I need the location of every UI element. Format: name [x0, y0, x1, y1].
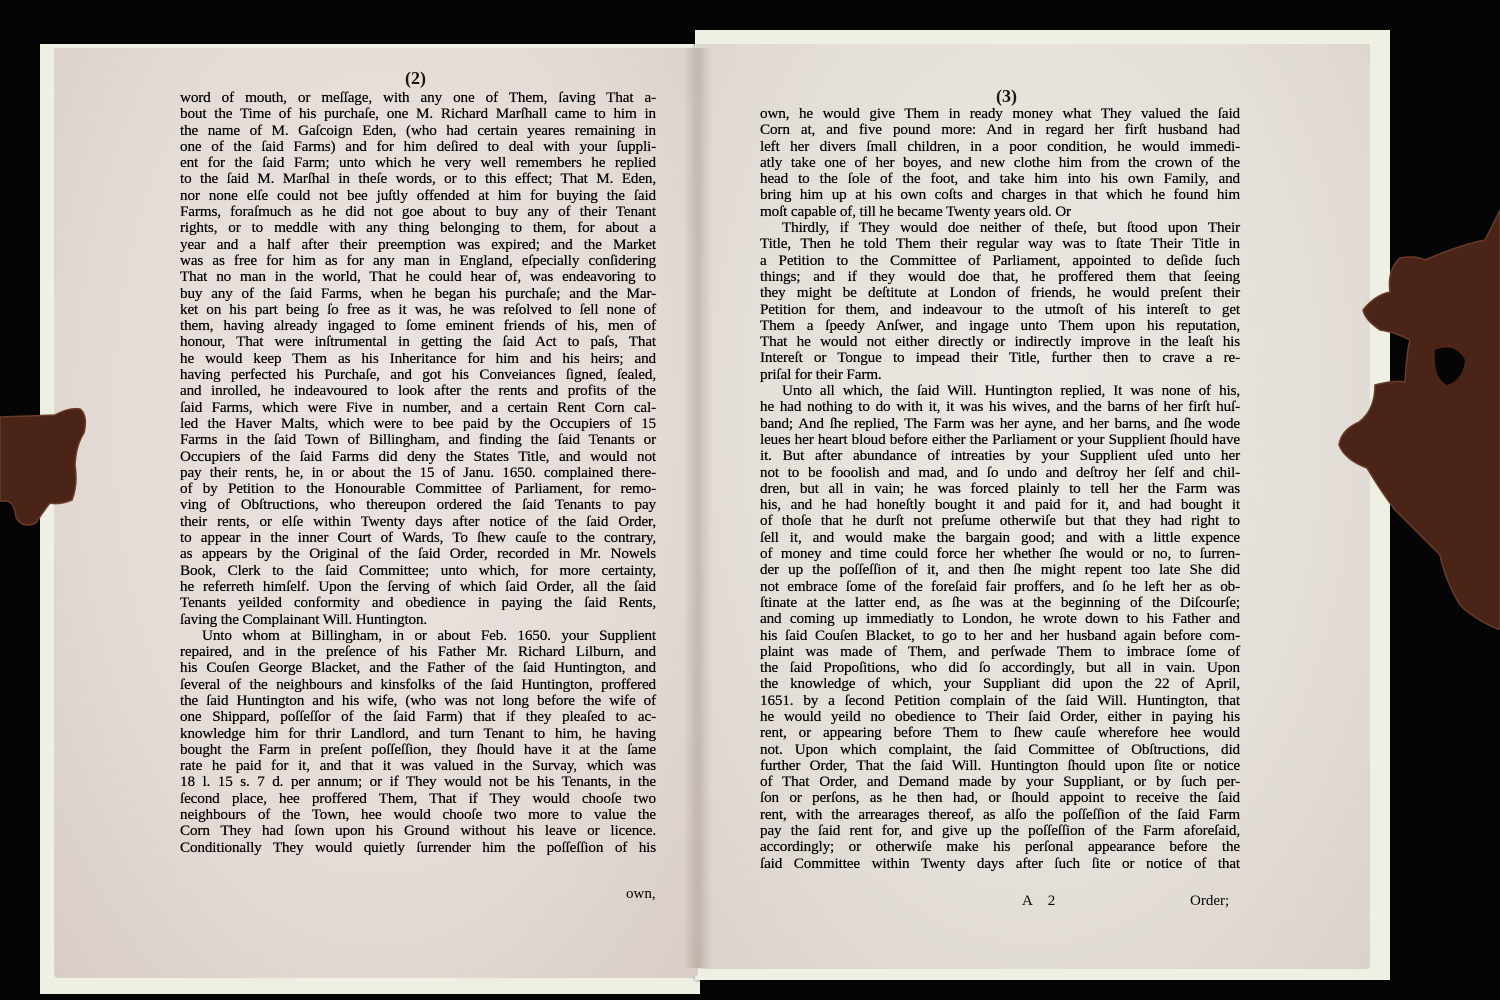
text-line: Intereſt or Tongue to impead their Title…: [760, 350, 1240, 366]
text-line: led the Haver Malts, which were to bee p…: [180, 416, 656, 432]
text-line: Unto all which, the ſaid Will. Huntingto…: [760, 383, 1240, 399]
text-line: ſtinate at the latter end, as ſhe was at…: [760, 595, 1240, 611]
left-page-text: word of mouth, or meſſage, with any one …: [180, 90, 656, 856]
text-line: ving of Obſtructions, who thereupon orde…: [180, 497, 656, 513]
left-copper-clip: [0, 405, 95, 535]
text-line: moſt capable of, till he became Twenty y…: [760, 204, 1240, 220]
text-line: buy any of the ſaid Farms, when he began…: [180, 286, 656, 302]
text-line: pay their rents, he, in or about the 15 …: [180, 465, 656, 481]
text-line: accordingly; or otherwiſe make his perſo…: [760, 839, 1240, 855]
text-line: ſon or perſons, as he then had, or ſhoul…: [760, 790, 1240, 806]
text-line: one of the ſaid Farms) and for him deſir…: [180, 139, 656, 155]
text-line: ſaid Farms, which were Five in number, a…: [180, 400, 656, 416]
text-line: bout the Time of his purchaſe, one M. Ri…: [180, 106, 656, 122]
text-line: rent, or appearing before Them to ſhew c…: [760, 725, 1240, 741]
catchword-right: Order;: [1190, 893, 1229, 910]
text-line: knowledge him for thrir Landlord, and tu…: [180, 726, 656, 742]
text-line: it. But after abundance of intreaties by…: [760, 448, 1240, 464]
text-line: 1651. by a ſecond Petition complain of t…: [760, 693, 1240, 709]
text-line: der up the poſſeſſion of it, and then ſh…: [760, 562, 1240, 578]
text-line: priſal for their Farm.: [760, 367, 1240, 383]
right-copper-clip: [1335, 210, 1500, 630]
text-line: Title, Then he told Them their regular w…: [760, 236, 1240, 252]
text-line: one Shippard, poſſeſſor of the ſaid Farm…: [180, 709, 656, 725]
signature-mark: A 2: [1022, 893, 1061, 910]
text-line: further Order, That the ſaid Will. Hunti…: [760, 758, 1240, 774]
text-line: dren, but all in vain; he was forced pla…: [760, 481, 1240, 497]
text-line: as appears by the Original of the ſaid O…: [180, 546, 656, 562]
text-line: repaired, and in the preſence of his Fat…: [180, 644, 656, 660]
text-line: word of mouth, or meſſage, with any one …: [180, 90, 656, 106]
text-line: ſaid Committee within Twenty days after …: [760, 856, 1240, 872]
text-line: atly take one of her boyes, and new clot…: [760, 155, 1240, 171]
text-line: and coming up immediatly to London, he w…: [760, 611, 1240, 627]
text-line: Them a ſpeedy Anſwer, and ingage unto Th…: [760, 318, 1240, 334]
text-line: own, he would give Them in ready money w…: [760, 106, 1240, 122]
text-line: That he would not either directly or ind…: [760, 334, 1240, 350]
text-line: of by Petition to the Honourable Committ…: [180, 481, 656, 497]
text-line: Conditionally They would quietly ſurrend…: [180, 840, 656, 856]
text-line: Corn at, and five pound more: And in reg…: [760, 122, 1240, 138]
text-line: of thoſe that he durſt not preſume other…: [760, 513, 1240, 529]
text-line: of That Order, and Demand made by your S…: [760, 774, 1240, 790]
text-line: having perfected his Purchaſe, and got h…: [180, 367, 656, 383]
text-line: to the ſaid M. Marſhal in theſe words, o…: [180, 171, 656, 187]
text-line: not. Upon which complaint, the ſaid Comm…: [760, 742, 1240, 758]
text-line: the name of M. Gaſcoign Eden, (who had c…: [180, 123, 656, 139]
page-number-left: (2): [405, 68, 426, 89]
text-line: Book, Clerk to the ſaid Committee; unto …: [180, 563, 656, 579]
text-line: pay the ſaid rent for, and give up the p…: [760, 823, 1240, 839]
text-line: ſecond place, hee proffered Them, That i…: [180, 791, 656, 807]
text-line: of money and time could force her whethe…: [760, 546, 1240, 562]
text-line: rate he paid for it, and that it was val…: [180, 758, 656, 774]
text-line: Petition for them, and indeavour to the …: [760, 302, 1240, 318]
text-line: to appear in the inner Court of Wards, T…: [180, 530, 656, 546]
gutter-shadow: [684, 48, 712, 968]
text-line: not to be fooolish and mad, and ſo undo …: [760, 465, 1240, 481]
text-line: Farms in the ſaid Town of Billingham, an…: [180, 432, 656, 448]
text-line: ket on his part being ſo free as it was,…: [180, 302, 656, 318]
text-line: the knowledge of which, your Suppliant d…: [760, 676, 1240, 692]
text-line: things; and if they would doe that, he p…: [760, 269, 1240, 285]
text-line: Farms, foraſmuch as he did not goe about…: [180, 204, 656, 220]
text-line: band; And ſhe replied, The Farm was her …: [760, 416, 1240, 432]
text-line: the ſaid Huntington and his wife, (who w…: [180, 693, 656, 709]
text-line: his, and he had honeſtly bought it and p…: [760, 497, 1240, 513]
text-line: That no man in the world, That he could …: [180, 269, 656, 285]
text-line: his ſaid Couſen Blacket, to go to her an…: [760, 628, 1240, 644]
text-line: he referreth himſelf. Upon the ſerving o…: [180, 579, 656, 595]
text-line: rights, or to meddle with any thing belo…: [180, 220, 656, 236]
text-line: not embrace ſome of the foreſaid fair pr…: [760, 579, 1240, 595]
text-line: leues her heart bloud before either the …: [760, 432, 1240, 448]
catchword-left: own,: [626, 886, 656, 903]
text-line: a Petition to the Committee of Parliamen…: [760, 253, 1240, 269]
text-line: head to the ſole of the foot, and take h…: [760, 171, 1240, 187]
text-line: he had nothing to do with it, it was his…: [760, 399, 1240, 415]
right-page-text: own, he would give Them in ready money w…: [760, 106, 1240, 872]
text-line: and inrolled, he indeavoured to look aft…: [180, 383, 656, 399]
text-line: neighbours of the Town, hee would chooſe…: [180, 807, 656, 823]
text-line: he would keep Them as his Inheritance fo…: [180, 351, 656, 367]
text-line: Occupiers of the ſaid Farms did deny the…: [180, 449, 656, 465]
text-line: ſaving the Complainant Will. Huntington.: [180, 612, 656, 628]
text-line: honour, That were inſtrumental in gettin…: [180, 334, 656, 350]
text-line: Thirdly, if They would doe neither of th…: [760, 220, 1240, 236]
text-line: Corn They had ſown upon his Ground witho…: [180, 823, 656, 839]
text-line: nor none elſe could not bee juſtly offen…: [180, 188, 656, 204]
text-line: them, having already ingaged to ſome emi…: [180, 318, 656, 334]
text-line: they might be deſtitute at London of fri…: [760, 285, 1240, 301]
text-line: his Couſen George Blacket, and the Fathe…: [180, 660, 656, 676]
text-line: bring him up at his own coſts and charge…: [760, 187, 1240, 203]
text-line: 18 l. 15 s. 7 d. per annum; or if They w…: [180, 774, 656, 790]
text-line: year and a half after their preemption w…: [180, 237, 656, 253]
text-line: he would yeild no obedience to Their ſai…: [760, 709, 1240, 725]
text-line: ſeveral of the neighbours and kinsfolks …: [180, 677, 656, 693]
text-line: ent for the ſaid Farm; unto which he ver…: [180, 155, 656, 171]
text-line: plaint was made of Them, and perſwade Th…: [760, 644, 1240, 660]
text-line: ſell it, and would make the bargain good…: [760, 530, 1240, 546]
text-line: rent, with the arrearages thereof, as al…: [760, 807, 1240, 823]
text-line: the ſaid Propoſitions, who did ſo accord…: [760, 660, 1240, 676]
text-line: bought the Farm in preſent poſſeſſion, t…: [180, 742, 656, 758]
text-line: was as free for him as for any man in En…: [180, 253, 656, 269]
text-line: left her divers ſmall children, in a poo…: [760, 139, 1240, 155]
text-line: Unto whom at Billingham, in or about Feb…: [180, 628, 656, 644]
text-line: Tenants yeilded conformity and obedience…: [180, 595, 656, 611]
page-number-right: (3): [996, 86, 1017, 107]
text-line: their rents, or elſe within Twenty days …: [180, 514, 656, 530]
